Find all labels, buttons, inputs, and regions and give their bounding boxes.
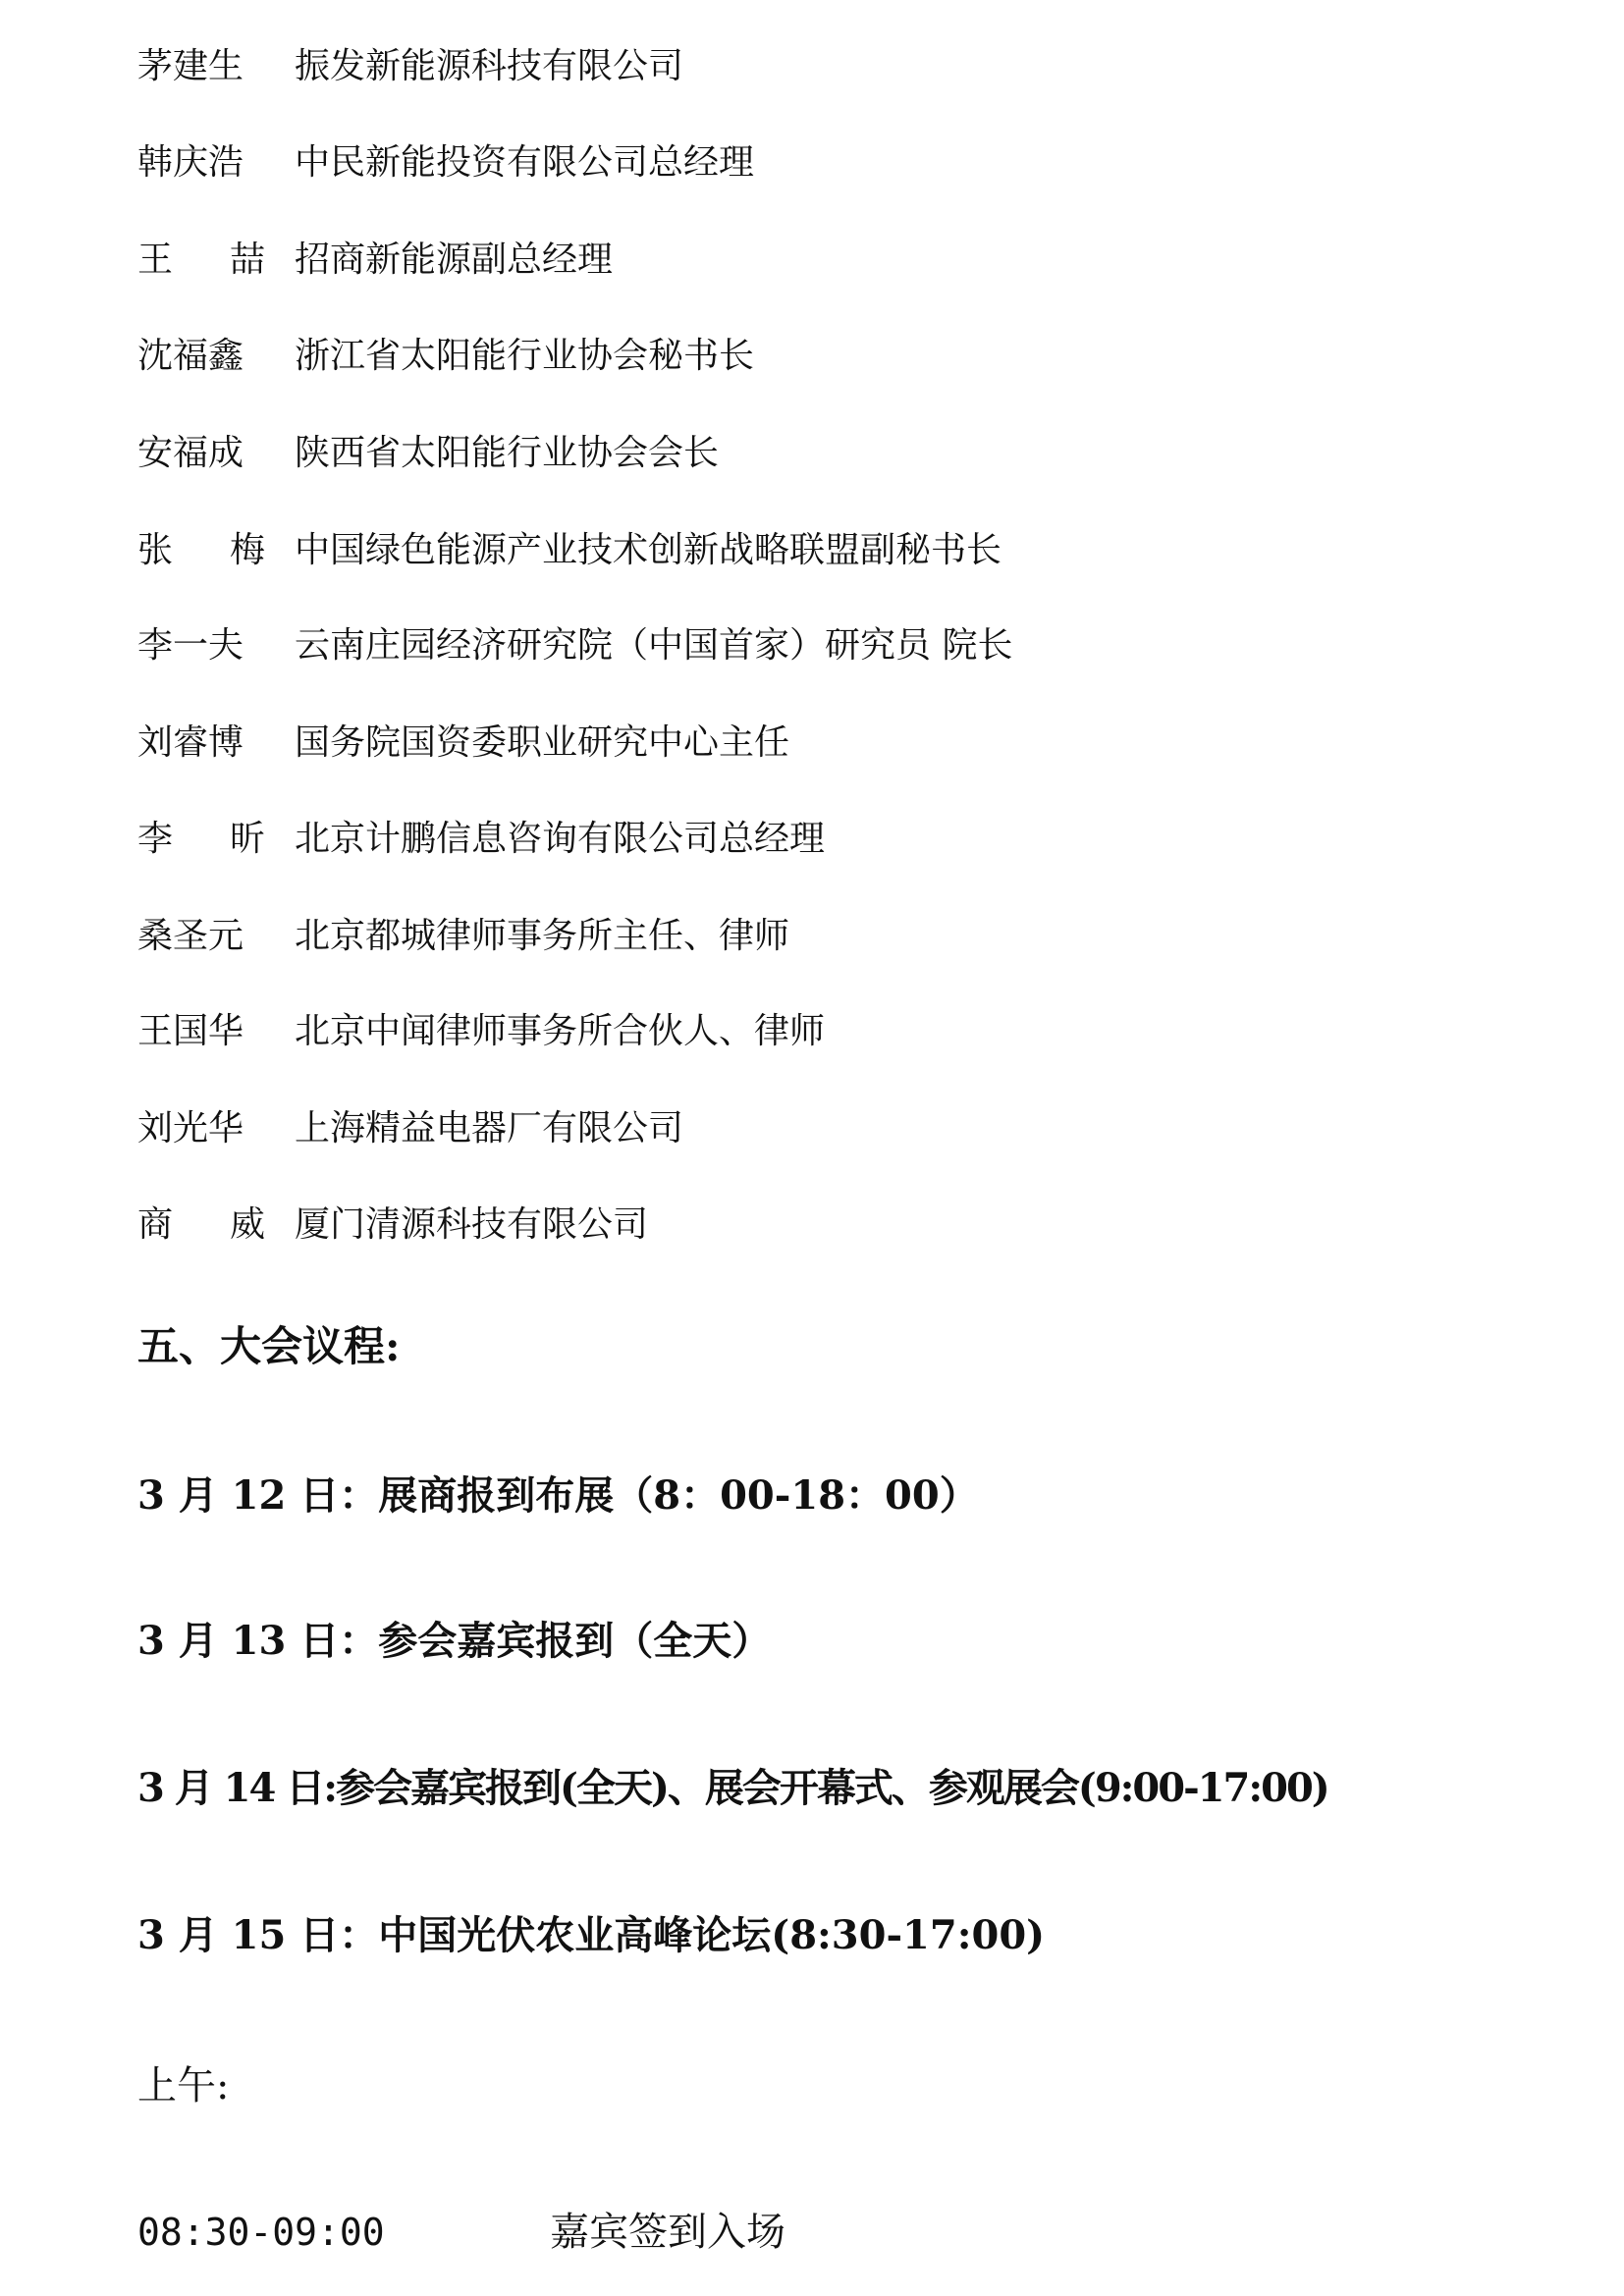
person-organization: 云南庄园经济研究院（中国首家）研究员 院长 (295, 621, 1012, 670)
morning-label: 上午: (137, 2058, 229, 2113)
person-name-char: 王 (137, 236, 173, 285)
person-organization: 北京都城律师事务所主任、律师 (295, 912, 789, 961)
person-organization: 中国绿色能源产业技术创新战略联盟副秘书长 (295, 526, 1001, 575)
schedule-time: 08:30-09:00 (137, 2205, 385, 2260)
agenda-day: 3 月 14 日:参会嘉宾报到(全天)、展会开幕式、参观展会(9:00-17:0… (137, 1761, 1328, 1816)
person-name-char: 威 (230, 1201, 265, 1250)
person-organization: 上海精益电器厂有限公司 (295, 1104, 683, 1153)
person-name: 桑圣元 (137, 912, 265, 961)
person-name: 张 梅 (137, 526, 265, 575)
person-name: 茅建生 (137, 42, 265, 91)
person-organization: 北京中闻律师事务所合伙人、律师 (295, 1007, 825, 1056)
agenda-day: 3 月 13 日：参会嘉宾报到（全天） (137, 1614, 771, 1669)
agenda-day: 3 月 15 日：中国光伏农业高峰论坛(8:30-17:00) (137, 1908, 1045, 1963)
person-name: 刘睿博 (137, 719, 265, 768)
person-name-char: 昕 (230, 815, 265, 864)
person-organization: 国务院国资委职业研究中心主任 (295, 719, 789, 768)
person-name: 李一夫 (137, 621, 265, 670)
agenda-day: 3 月 12 日：展商报到布展（8：00-18：00） (137, 1468, 979, 1523)
person-name-char: 梅 (230, 526, 265, 575)
person-name: 安福成 (137, 429, 265, 478)
person-name: 王国华 (137, 1007, 265, 1056)
person-name-char: 喆 (230, 236, 265, 285)
person-organization: 陕西省太阳能行业协会会长 (295, 429, 719, 478)
person-organization: 北京计鹏信息咨询有限公司总经理 (295, 815, 825, 864)
person-name: 王 喆 (137, 236, 265, 285)
section-heading-agenda: 五、大会议程: (137, 1319, 401, 1374)
person-organization: 招商新能源副总经理 (295, 236, 613, 285)
person-name-char: 商 (137, 1201, 173, 1250)
person-name: 李 昕 (137, 815, 265, 864)
person-organization: 厦门清源科技有限公司 (295, 1201, 648, 1250)
person-organization: 振发新能源科技有限公司 (295, 42, 683, 91)
person-name: 韩庆浩 (137, 138, 265, 187)
person-name-char: 张 (137, 526, 173, 575)
schedule-event: 嘉宾签到入场 (550, 2205, 785, 2260)
person-name: 商 威 (137, 1201, 265, 1250)
person-name-char: 李 (137, 815, 173, 864)
person-organization: 浙江省太阳能行业协会秘书长 (295, 332, 754, 381)
person-name: 刘光华 (137, 1104, 265, 1153)
person-organization: 中民新能投资有限公司总经理 (295, 138, 754, 187)
person-name: 沈福鑫 (137, 332, 265, 381)
